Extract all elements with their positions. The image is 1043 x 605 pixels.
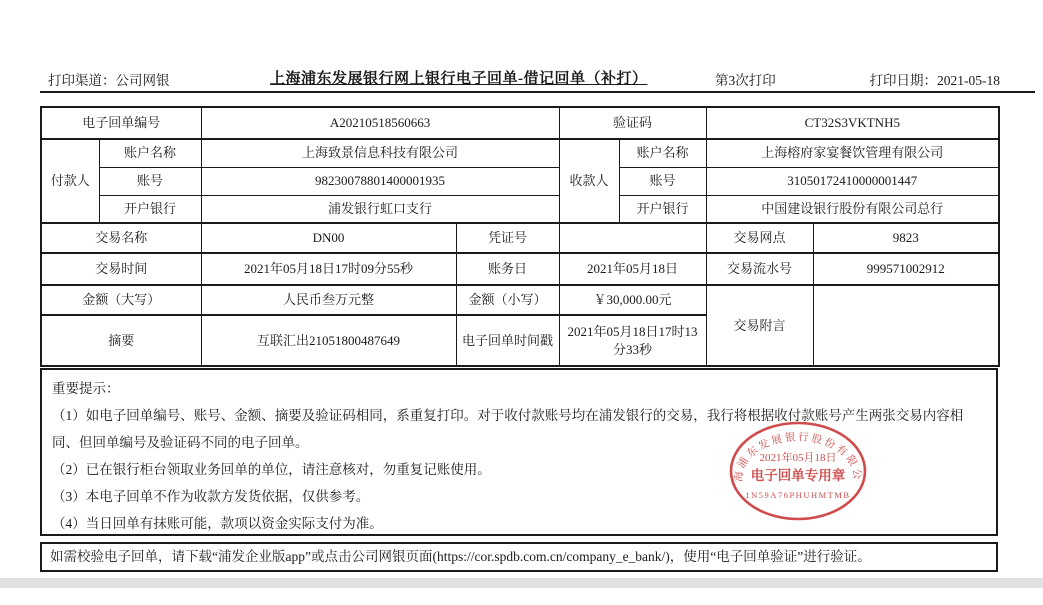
branch-label: 交易网点 [706,223,813,253]
payer-role: 付款人 [41,139,99,223]
remark-label: 交易附言 [706,285,813,366]
verify-code-label: 验证码 [559,107,706,139]
payee-role: 收款人 [559,139,619,223]
payee-name-label: 账户名称 [619,139,706,167]
seal-date: 2021年05月18日 [760,450,837,464]
print-date-value: 2021-05-18 [937,73,1000,88]
payee-account-label: 账号 [619,167,706,195]
txn-name-label: 交易名称 [41,223,201,253]
amount-figures-value: ￥30,000.00元 [559,285,706,315]
txn-time-label: 交易时间 [41,253,201,285]
payer-account-label: 账号 [99,167,201,195]
row-amount: 金额（大写） 人民币叁万元整 金额（小写） ￥30,000.00元 交易附言 [41,285,999,315]
row-receipt-no: 电子回单编号 A20210518560663 验证码 CT32S3VKTNH5 [41,107,999,139]
bank-seal-stamp: 上海浦东发展银行股份有限公司 2021年05月18日 电子回单专用章 1N59A… [720,410,876,536]
serial-label: 交易流水号 [706,253,813,285]
receipt-no-value: A20210518560663 [201,107,559,139]
row-txn-name: 交易名称 DN00 凭证号 交易网点 9823 [41,223,999,253]
print-date: 打印日期：2021-05-18 [870,73,1001,89]
seal-name: 电子回单专用章 [751,467,846,483]
book-date-value: 2021年05月18日 [559,253,706,285]
row-account-name: 付款人 账户名称 上海致景信息科技有限公司 收款人 账户名称 上海榕府家宴餐饮管… [41,139,999,167]
book-date-label: 账务日 [456,253,559,285]
payer-bank-value: 浦发银行虹口支行 [201,195,559,223]
txn-name-value: DN00 [201,223,456,253]
print-channel: 打印渠道：公司网银 [48,73,170,89]
seal-code: 1N59A76PHUHMTMB [745,490,850,500]
amount-figures-label: 金额（小写） [456,285,559,315]
row-txn-time: 交易时间 2021年05月18日17时09分55秒 账务日 2021年05月18… [41,253,999,285]
page-bottom-band [0,578,1043,588]
print-channel-label: 打印渠道： [48,73,116,88]
doc-title: 上海浦东发展银行网上银行电子回单-借记回单（补打） [270,71,648,87]
row-bank: 开户银行 浦发银行虹口支行 开户银行 中国建设银行股份有限公司总行 [41,195,999,223]
verify-code-value: CT32S3VKTNH5 [706,107,999,139]
payee-account-value: 31050172410000001447 [706,167,999,195]
timestamp-label: 电子回单时间戳 [456,315,559,366]
payer-bank-label: 开户银行 [99,195,201,223]
serial-value: 999571002912 [813,253,999,285]
print-count: 第3次打印 [715,73,776,89]
payee-name-value: 上海榕府家宴餐饮管理有限公司 [706,139,999,167]
amount-words-label: 金额（大写） [41,285,201,315]
payer-account-value: 98230078801400001935 [201,167,559,195]
timestamp-value: 2021年05月18日17时13分33秒 [559,315,706,366]
amount-words-value: 人民币叁万元整 [201,285,456,315]
voucher-value [559,223,706,253]
payer-name-label: 账户名称 [99,139,201,167]
payee-bank-label: 开户银行 [619,195,706,223]
summary-value: 互联汇出21051800487649 [201,315,456,366]
print-channel-value: 公司网银 [116,73,170,88]
row-account-number: 账号 98230078801400001935 账号 3105017241000… [41,167,999,195]
summary-label: 摘要 [41,315,201,366]
payee-bank-value: 中国建设银行股份有限公司总行 [706,195,999,223]
notes-title: 重要提示： [52,375,986,402]
print-date-label: 打印日期： [870,73,938,88]
branch-value: 9823 [813,223,999,253]
receipt-no-label: 电子回单编号 [41,107,201,139]
receipt-table: 电子回单编号 A20210518560663 验证码 CT32S3VKTNH5 … [40,106,1000,367]
payer-name-value: 上海致景信息科技有限公司 [201,139,559,167]
voucher-label: 凭证号 [456,223,559,253]
doc-header: 打印渠道：公司网银 上海浦东发展银行网上银行电子回单-借记回单（补打） 第3次打… [40,73,1035,93]
txn-time-value: 2021年05月18日17时09分55秒 [201,253,456,285]
remark-value [813,285,999,366]
verification-footer: 如需校验电子回单，请下载“浦发企业版app”或点击公司网银页面(https://… [40,542,998,572]
